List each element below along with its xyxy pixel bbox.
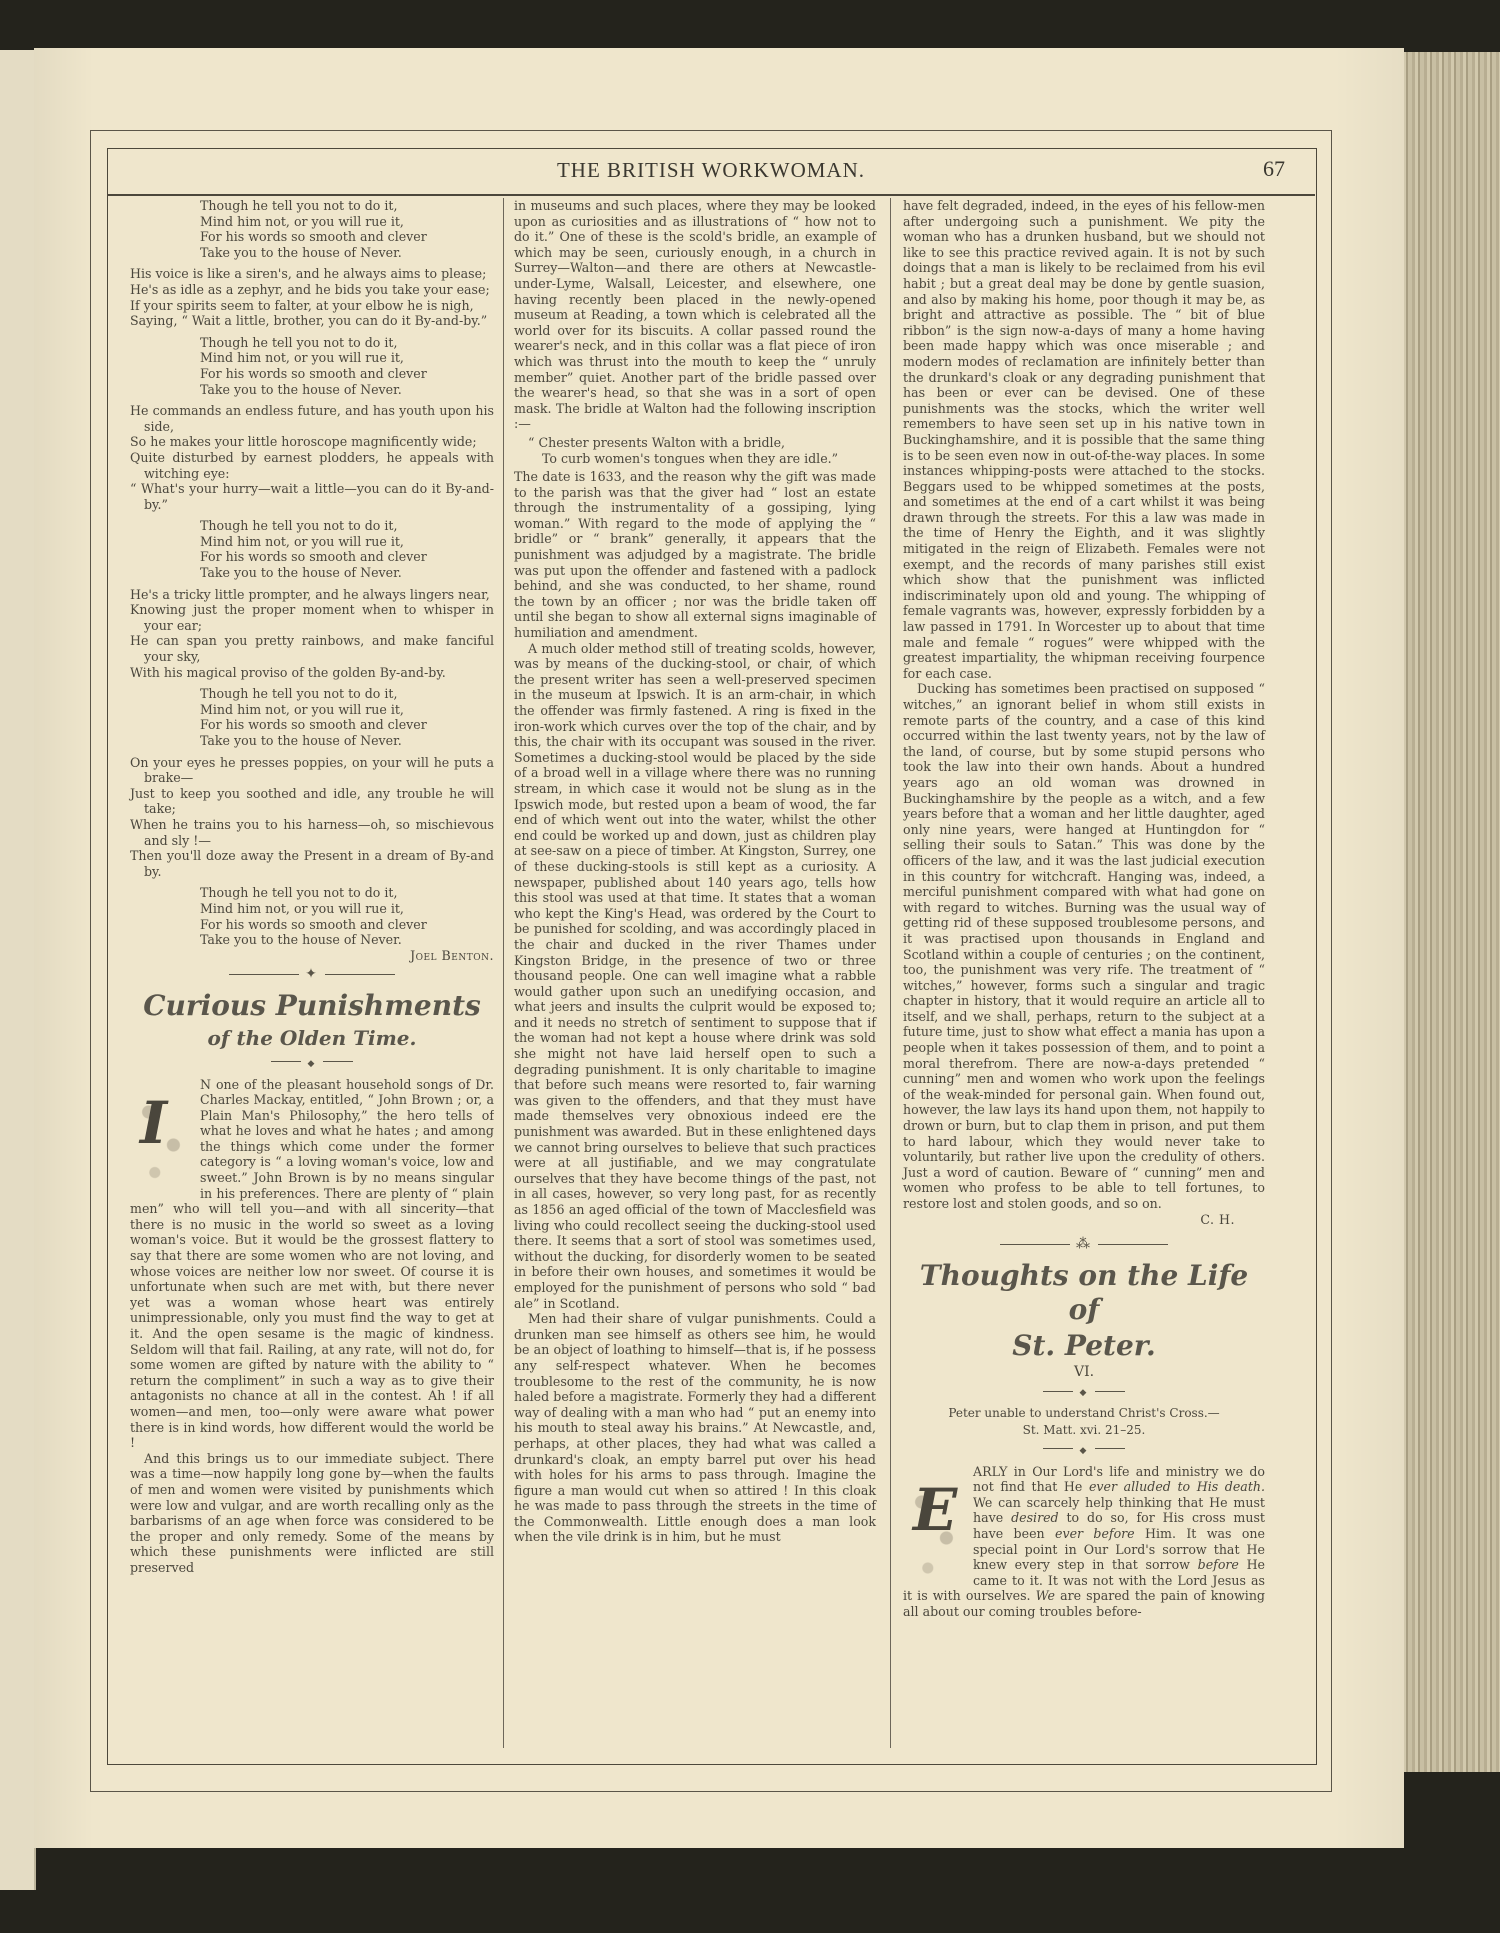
poem-refrain: Though he tell you not to do it, Mind hi… — [130, 518, 494, 580]
verse-line: If your spirits seem to falter, at your … — [130, 298, 494, 314]
column-divider — [890, 198, 891, 1748]
fleuron-icon: ⁂ — [1076, 1236, 1092, 1252]
small-ornament: ◆ — [903, 1442, 1265, 1460]
verse-line: Just to keep you soothed and idle, any t… — [130, 786, 494, 817]
column-1: Though he tell you not to do it, Mind hi… — [130, 198, 494, 1576]
quote-line: “ Chester presents Walton with a bridle, — [528, 435, 876, 451]
verse-line: He can span you pretty rainbows, and mak… — [130, 633, 494, 664]
poem-author: Joel Benton. — [130, 948, 494, 964]
verse-line: When he trains you to his harness—oh, so… — [130, 817, 494, 848]
verse-line: Though he tell you not to do it, — [200, 198, 494, 214]
paragraph: A much older method still of treating sc… — [514, 641, 876, 1312]
verse-line: He commands an endless future, and has y… — [130, 403, 494, 434]
ornament-rule — [1095, 1448, 1125, 1449]
article-subtitle: of the Olden Time. — [130, 1025, 494, 1051]
article-title: Thoughts on the Life of — [903, 1259, 1265, 1327]
poem-refrain: Though he tell you not to do it, Mind hi… — [130, 198, 494, 260]
verse-line: With his magical proviso of the golden B… — [130, 665, 494, 681]
article-title: Curious Punishments — [130, 989, 494, 1023]
poem-stanza: On your eyes he presses poppies, on your… — [130, 755, 494, 880]
diamond-ornament-icon: ◆ — [1080, 1446, 1089, 1456]
poem-refrain: Though he tell you not to do it, Mind hi… — [130, 885, 494, 947]
poem-refrain: Though he tell you not to do it, Mind hi… — [130, 335, 494, 397]
small-ornament: ◆ — [903, 1384, 1265, 1402]
verse-line: Quite disturbed by earnest plodders, he … — [130, 450, 494, 481]
verse-line: For his words so smooth and clever — [200, 549, 494, 565]
ornament-rule — [1043, 1391, 1073, 1392]
ornament-rule — [229, 974, 299, 975]
scripture-reference: St. Matt. xvi. 21–25. — [903, 1423, 1265, 1438]
verse-line: For his words so smooth and clever — [200, 917, 494, 933]
poem-stanza: He's a tricky little prompter, and he al… — [130, 587, 494, 681]
verse-line: Mind him not, or you will rue it, — [200, 534, 494, 550]
verse-line: Though he tell you not to do it, — [200, 686, 494, 702]
verse-line: “ What's your hurry—wait a little—you ca… — [130, 481, 494, 512]
ornament-rule — [1043, 1448, 1073, 1449]
poem-refrain: Though he tell you not to do it, Mind hi… — [130, 686, 494, 748]
column-divider — [503, 198, 504, 1748]
paragraph: The date is 1633, and the reason why the… — [514, 469, 876, 641]
fleuron-icon: ✦ — [305, 966, 319, 982]
verse-line: Take you to the house of Never. — [200, 382, 494, 398]
column-3: have felt degraded, indeed, in the eyes … — [903, 198, 1265, 1620]
italic-run: We — [1036, 1588, 1055, 1603]
italic-run: ever alluded to His death. — [1089, 1479, 1265, 1494]
italic-run: ever before — [1055, 1526, 1135, 1541]
verse-line: Take you to the house of Never. — [200, 932, 494, 948]
column-2: in museums and such places, where they m… — [514, 198, 876, 1545]
italic-run: desired — [1011, 1510, 1059, 1525]
diamond-ornament-icon: ◆ — [308, 1059, 317, 1069]
verse-line: Mind him not, or you will rue it, — [200, 214, 494, 230]
inscription-quote: “ Chester presents Walton with a bridle,… — [528, 435, 876, 466]
header-rule — [107, 194, 1315, 196]
italic-run: before — [1198, 1557, 1239, 1572]
section-ornament: ⁂ — [903, 1237, 1265, 1253]
paragraph: Ducking has sometimes been practised on … — [903, 681, 1265, 1211]
article-subheading: Peter unable to understand Christ's Cros… — [903, 1406, 1265, 1421]
verse-line: Then you'll doze away the Present in a d… — [130, 848, 494, 879]
ornament-rule — [1098, 1244, 1168, 1245]
verse-line: His voice is like a siren's, and he alwa… — [130, 266, 494, 282]
diamond-ornament-icon: ◆ — [1080, 1388, 1089, 1398]
page-number: 67 — [1263, 156, 1285, 182]
publication-title: THE BRITISH WORKWOMAN. — [107, 158, 1315, 183]
section-number: VI. — [903, 1365, 1265, 1381]
paragraph: Men had their share of vulgar punishment… — [514, 1311, 876, 1545]
dropcap-letter: I — [140, 1093, 167, 1153]
verse-line: He's as idle as a zephyr, and he bids yo… — [130, 282, 494, 298]
verse-line: He's a tricky little prompter, and he al… — [130, 587, 494, 603]
decorative-initial: I — [130, 1079, 192, 1189]
article-author: C. H. — [903, 1212, 1265, 1228]
verse-line: Though he tell you not to do it, — [200, 885, 494, 901]
poem-stanza: His voice is like a siren's, and he alwa… — [130, 266, 494, 328]
article-body: I N one of the pleasant household songs … — [130, 1077, 494, 1451]
verse-line: Knowing just the proper moment when to w… — [130, 602, 494, 633]
decorative-initial: E — [903, 1466, 965, 1586]
section-ornament: ✦ — [130, 967, 494, 983]
running-head: THE BRITISH WORKWOMAN. 67 — [107, 150, 1315, 196]
verse-line: Mind him not, or you will rue it, — [200, 702, 494, 718]
verse-line: For his words so smooth and clever — [200, 229, 494, 245]
article-body: E ARLY in Our Lord's life and ministry w… — [903, 1464, 1265, 1620]
verse-line: For his words so smooth and clever — [200, 366, 494, 382]
ornament-rule — [325, 974, 395, 975]
paragraph: in museums and such places, where they m… — [514, 198, 876, 432]
verse-line: Mind him not, or you will rue it, — [200, 350, 494, 366]
small-ornament: ◆ — [130, 1055, 494, 1073]
quote-line: To curb women's tongues when they are id… — [528, 451, 876, 467]
ornament-rule — [323, 1061, 353, 1062]
dropcap-letter: E — [913, 1480, 957, 1540]
verse-line: Though he tell you not to do it, — [200, 518, 494, 534]
verse-line: Take you to the house of Never. — [200, 733, 494, 749]
verse-line: Though he tell you not to do it, — [200, 335, 494, 351]
paragraph: have felt degraded, indeed, in the eyes … — [903, 198, 1265, 681]
verse-line: On your eyes he presses poppies, on your… — [130, 755, 494, 786]
verse-line: Mind him not, or you will rue it, — [200, 901, 494, 917]
article-title-line2: St. Peter. — [903, 1329, 1265, 1363]
poem-stanza: He commands an endless future, and has y… — [130, 403, 494, 512]
facing-page-edge — [0, 50, 36, 1890]
ornament-rule — [1000, 1244, 1070, 1245]
verse-line: Saying, “ Wait a little, brother, you ca… — [130, 313, 494, 329]
verse-line: For his words so smooth and clever — [200, 717, 494, 733]
paragraph: And this brings us to our immediate subj… — [130, 1451, 494, 1576]
ornament-rule — [1095, 1391, 1125, 1392]
page-block-edge — [1400, 52, 1500, 1772]
verse-line: So he makes your little horoscope magnif… — [130, 434, 494, 450]
ornament-rule — [271, 1061, 301, 1062]
verse-line: Take you to the house of Never. — [200, 565, 494, 581]
verse-line: Take you to the house of Never. — [200, 245, 494, 261]
